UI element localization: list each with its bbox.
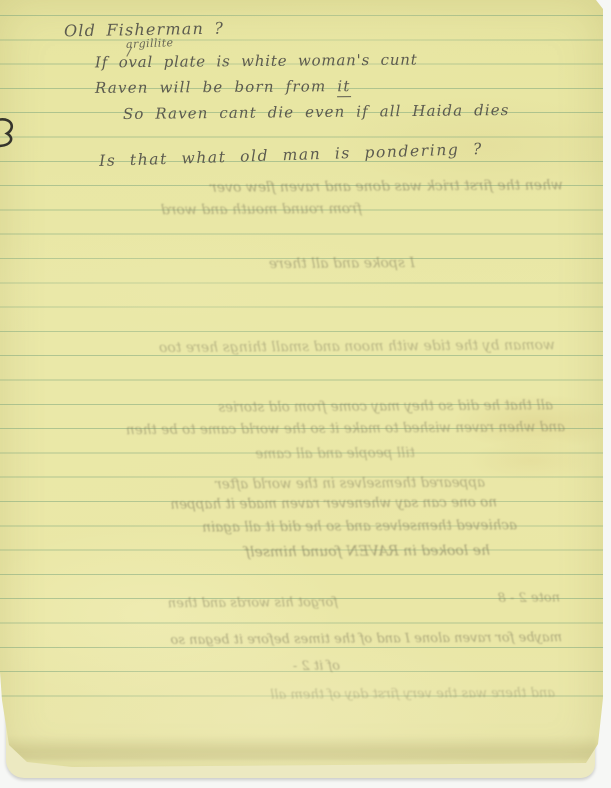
handwriting-line-2: Raven will be born from it bbox=[95, 78, 351, 96]
handwriting-layer: Old Fisherman ? argillite If oval plate … bbox=[0, 0, 603, 768]
scanned-page: when the first trick was done and raven … bbox=[0, 0, 611, 788]
underlined-word: it bbox=[337, 77, 350, 97]
handwriting-line-1: If oval plate is white woman's cunt bbox=[95, 52, 418, 71]
handwriting-line-2-text: Raven will be born from bbox=[95, 77, 338, 97]
binder-mark bbox=[0, 115, 20, 153]
notepad-sheet: when the first trick was done and raven … bbox=[0, 0, 603, 768]
handwriting-line-4: Is that what old man is pondering ? bbox=[99, 141, 483, 170]
insertion-word: argillite bbox=[126, 37, 174, 51]
handwriting-line-3: So Raven cant die even if all Haida dies bbox=[123, 102, 510, 123]
